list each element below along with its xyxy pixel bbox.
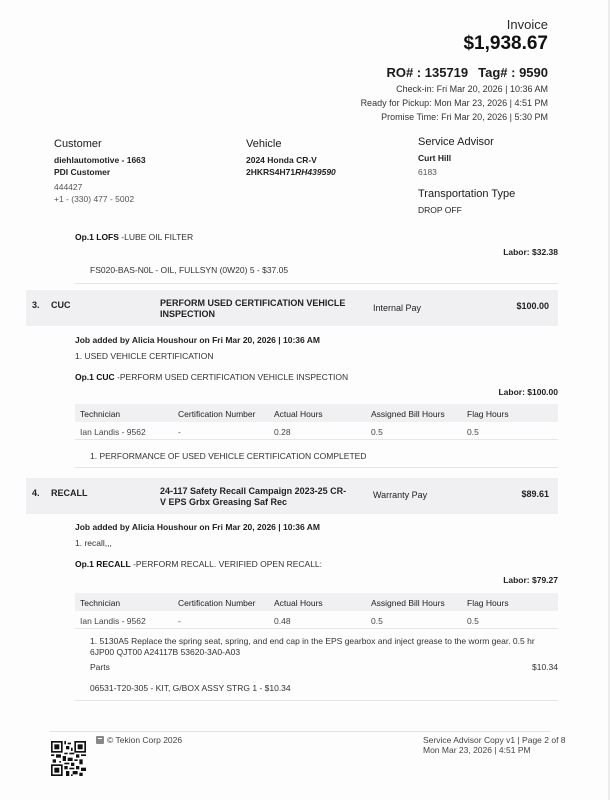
prev-op-line: Op.1 LOFS -LUBE OIL FILTER [75,232,193,242]
transportation-heading: Transportation Type [418,188,515,200]
tag-number: Tag# : 9590 [478,65,548,80]
job-concern: 1. USED VEHICLE CERTIFICATION [75,351,214,361]
job-concern: 1. recall,,, [75,538,112,548]
table-header: Technician Certification Number Actual H… [75,404,558,422]
divider [75,700,558,701]
cell-flag-hours: 0.5 [467,427,479,437]
invoice-header: Invoice $1,938.67 RO# : 135719Tag# : 959… [361,17,548,122]
col-assigned-bill-hours: Assigned Bill Hours [371,598,445,608]
vehicle-vin: 2HKRS4H71RH439590 [246,166,336,178]
divider [75,467,558,468]
ro-number: RO# : 135719 [386,65,468,80]
job-added-by: Job added by Alicia Houshour on Fri Mar … [75,522,320,532]
copy-info: Service Advisor Copy v1 | Page 2 of 8 [423,735,566,745]
cell-technician: Ian Landis - 9562 [80,616,146,626]
advisor-id: 6183 [418,166,515,178]
job-amount: $89.61 [521,489,549,499]
prev-op-desc: -LUBE OIL FILTER [119,232,193,242]
invoice-total: $1,938.67 [361,33,548,55]
col-actual-hours: Actual Hours [274,409,323,419]
table-row: Ian Landis - 9562 - 0.48 0.5 0.5 [75,611,558,629]
prev-labor: Labor: $32.38 [503,247,558,257]
advisor-block: Service Advisor Curt Hill 6183 Transport… [418,136,515,216]
job-op-line: Op.1 RECALL -PERFORM RECALL. VERIFIED OP… [75,559,322,569]
advisor-heading: Service Advisor [418,136,515,148]
qr-code-icon [51,741,86,776]
cell-technician: Ian Landis - 9562 [80,427,146,437]
cell-actual-hours: 0.48 [274,616,291,626]
divider [75,283,558,284]
check-in: Check-in: Fri Mar 20, 2026 | 10:36 AM [361,84,548,94]
col-technician: Technician [80,598,120,608]
job-number: 4. [32,488,40,498]
job-description: 24-117 Safety Recall Campaign 2023-25 CR… [160,486,350,508]
job-amount: $100.00 [516,301,549,311]
col-actual-hours: Actual Hours [274,598,323,608]
col-certification: Certification Number [178,409,255,419]
table-row: Ian Landis - 9562 - 0.28 0.5 0.5 [75,422,558,440]
job-description: PERFORM USED CERTIFICATION VEHICLE INSPE… [160,298,350,320]
vehicle-block: Vehicle 2024 Honda CR-V 2HKRS4H71RH43959… [246,138,336,178]
transportation-value: DROP OFF [418,204,515,216]
customer-name: diehlautomotive - 1663 [54,154,146,166]
parts-label: Parts [90,662,110,672]
promise-time: Promise Time: Fri Mar 20, 2026 | 5:30 PM [361,112,548,122]
prev-op-code: Op.1 LOFS [75,232,119,242]
technician-table: Technician Certification Number Actual H… [75,404,558,440]
cell-certification: - [178,616,181,626]
job-code: RECALL [51,488,88,498]
job-labor: Labor: $100.00 [498,387,558,397]
customer-heading: Customer [54,138,146,150]
customer-phone: +1 - (330) 477 - 5002 [54,193,146,205]
prev-part: FS020-BAS-N0L - OIL, FULLSYN (0W20) 5 - … [90,265,288,275]
col-certification: Certification Number [178,598,255,608]
parts-amount: $10.34 [532,662,558,672]
vin-suffix: RH439590 [295,167,336,177]
job-labor: Labor: $79.27 [503,575,558,585]
job-op-line: Op.1 CUC -PERFORM USED CERTIFICATION VEH… [75,372,348,382]
job-story: 1. 5130A5 Replace the spring seat, sprin… [90,636,552,658]
col-flag-hours: Flag Hours [467,409,509,419]
cell-assigned-bill-hours: 0.5 [371,427,383,437]
tekion-logo-icon [96,736,104,744]
customer-type: PDI Customer [54,166,146,178]
job-part: 06531-T20-305 - KIT, G/BOX ASSY STRG 1 -… [90,683,291,693]
job-story: 1. PERFORMANCE OF USED VEHICLE CERTIFICA… [90,451,366,462]
ro-tag-line: RO# : 135719Tag# : 9590 [361,65,548,80]
vehicle-model: 2024 Honda CR-V [246,154,336,166]
col-flag-hours: Flag Hours [467,598,509,608]
advisor-name: Curt Hill [418,152,515,164]
col-assigned-bill-hours: Assigned Bill Hours [371,409,445,419]
job-added-by: Job added by Alicia Houshour on Fri Mar … [75,335,320,345]
vehicle-heading: Vehicle [246,138,336,150]
copyright: © Tekion Corp 2026 [96,735,182,745]
table-header: Technician Certification Number Actual H… [75,593,558,611]
job-header-3: 3. CUC PERFORM USED CERTIFICATION VEHICL… [26,290,558,326]
customer-id: 444427 [54,181,146,193]
copyright-text: © Tekion Corp 2026 [107,735,182,745]
job-pay-type: Internal Pay [373,303,421,313]
job-number: 3. [32,300,40,310]
job-op-code: Op.1 CUC [75,372,115,382]
footer-info: Service Advisor Copy v1 | Page 2 of 8 Mo… [423,735,566,755]
cell-certification: - [178,427,181,437]
cell-flag-hours: 0.5 [467,616,479,626]
job-op-code: Op.1 RECALL [75,559,131,569]
footer-divider [50,731,550,732]
printed-date: Mon Mar 23, 2026 | 4:51 PM [423,745,566,755]
col-technician: Technician [80,409,120,419]
cell-assigned-bill-hours: 0.5 [371,616,383,626]
invoice-label: Invoice [361,17,548,32]
job-pay-type: Warranty Pay [373,490,427,500]
job-header-4: 4. RECALL 24-117 Safety Recall Campaign … [26,478,558,514]
job-op-desc: -PERFORM RECALL. VERIFIED OPEN RECALL: [131,559,322,569]
job-op-desc: -PERFORM USED CERTIFICATION VEHICLE INSP… [115,372,348,382]
technician-table: Technician Certification Number Actual H… [75,593,558,629]
customer-block: Customer diehlautomotive - 1663 PDI Cust… [54,138,146,205]
cell-actual-hours: 0.28 [274,427,291,437]
ready-for-pickup: Ready for Pickup: Mon Mar 23, 2026 | 4:5… [361,98,548,108]
job-code: CUC [51,300,71,310]
vin-prefix: 2HKRS4H71 [246,167,295,177]
